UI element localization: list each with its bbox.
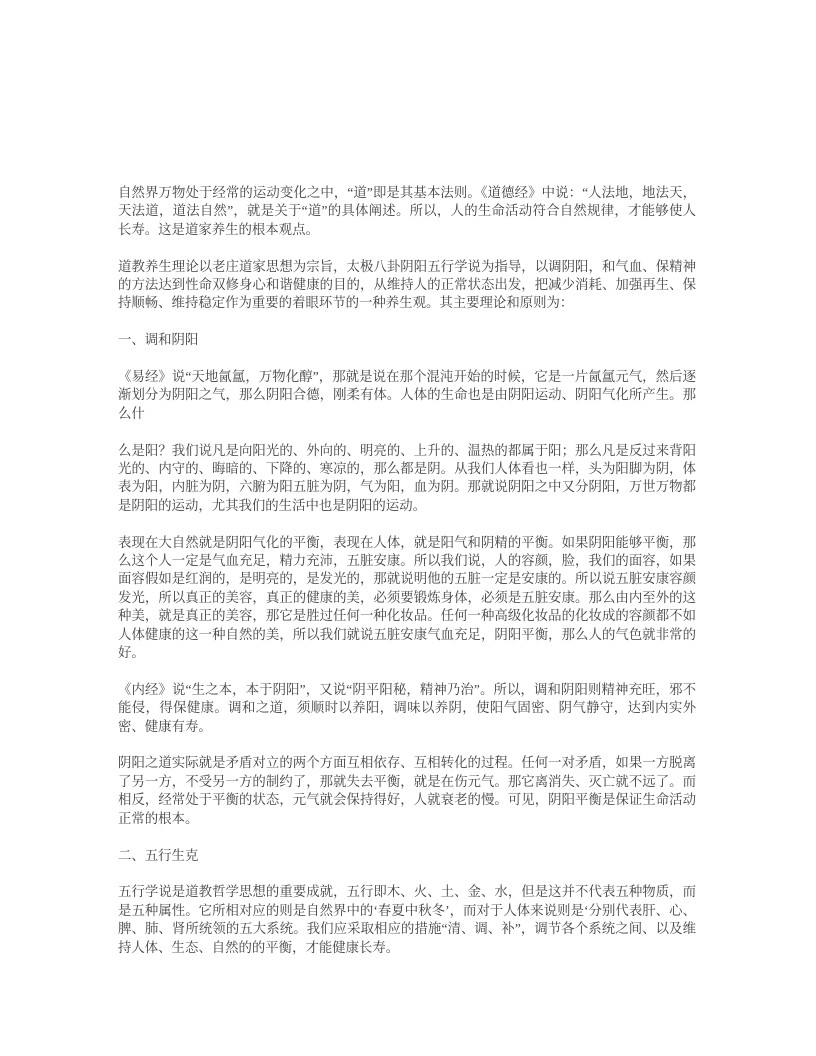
document-page-background: { "page": { "background_color": "#ffffff… xyxy=(0,0,816,1056)
paragraph-balance-beauty: 表现在大自然就是阴阳气化的平衡，表现在人体，就是阳气和阴精的平衡。如果阴阳能够平… xyxy=(118,534,696,663)
paragraph-yinyang-contradiction: 阴阳之道实际就是矛盾对立的两个方面互相依存、互相转化的过程。任何一对矛盾，如果一… xyxy=(118,754,696,828)
section-heading-yinyang: 一、调和阴阳 xyxy=(118,331,696,349)
paragraph-yijing-quote: 《易经》说“天地氤氲，万物化醇”，那就是说在那个混沌开始的时候，它是一片氤氲元气… xyxy=(118,368,696,423)
paragraph-neijing-quote: 《内经》说“生之本，本于阴阳”，又说“阴平阳秘，精神乃治”。所以，调和阴阳则精神… xyxy=(118,681,696,736)
paragraph-five-elements: 五行学说是道教哲学思想的重要成就，五行即木、火、土、金、水，但是这并不代表五种物… xyxy=(118,883,696,957)
paragraph-taoist-theory: 道教养生理论以老庄道家思想为宗旨，太极八卦阴阳五行学说为指导，以调阴阳，和气血、… xyxy=(118,258,696,313)
section-heading-five-elements: 二、五行生克 xyxy=(118,847,696,865)
paragraph-dao-principle: 自然界万物处于经常的运动变化之中，“道”即是其基本法则。《道德经》中说：“人法地… xyxy=(118,184,696,239)
document-text-block: 自然界万物处于经常的运动变化之中，“道”即是其基本法则。《道德经》中说：“人法地… xyxy=(118,184,696,975)
paragraph-yang-yin-definition: 么是阳？我们说凡是向阳光的、外向的、明亮的、上升的、温热的都属于阳；那么凡是反过… xyxy=(118,442,696,516)
